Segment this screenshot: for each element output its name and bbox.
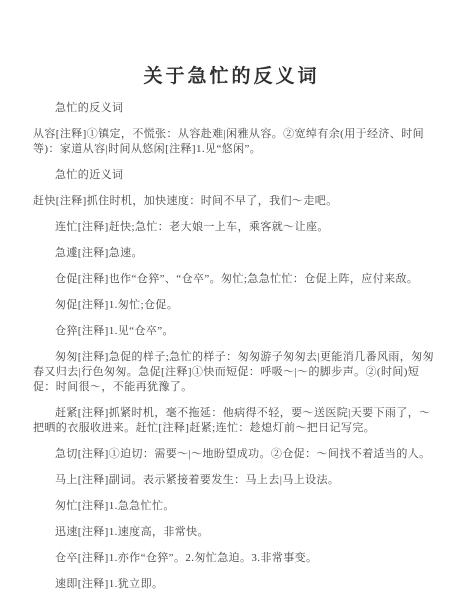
page-title: 关于急忙的反义词	[0, 0, 463, 88]
paragraph: 马上[注释]副词。表示紧接着要发生：马上去|马上设法。	[33, 473, 435, 488]
paragraph: 匆促[注释]1.匆忙;仓促。	[33, 298, 435, 313]
paragraph: 迅速[注释]1.速度高，非常快。	[33, 525, 435, 540]
paragraph: 赶紧[注释]抓紧时机，毫不拖延：他病得不轻，要～送医院|天要下雨了，～把晒的衣服…	[33, 406, 435, 436]
paragraph: 急切[注释]①迫切：需要～|～地盼望成功。②仓促：～间找不着适当的人。	[33, 447, 435, 462]
paragraph: 连忙[注释]赶快;急忙：老大娘一上车，乘客就～让座。	[33, 220, 435, 235]
paragraph: 急忙的反义词	[33, 101, 435, 116]
paragraph: 从容[注释]①镇定，不慌张：从容赴难|闲雅从容。②宽绰有余(用于经济、时间等)：…	[33, 127, 435, 157]
paragraph: 仓卒[注释]1.亦作“仓猝”。2.匆忙急迫。3.非常事变。	[33, 551, 435, 566]
paragraph: 急遽[注释]急速。	[33, 246, 435, 261]
paragraph: 急忙的近义词	[33, 168, 435, 183]
paragraph: 匆匆[注释]急促的样子;急忙的样子：匆匆游子匆匆去|更能消几番风雨，匆匆春又归去…	[33, 350, 435, 395]
paragraph: 匆忙[注释]1.急急忙忙。	[33, 499, 435, 514]
paragraph: 仓促[注释]也作“仓猝”、“仓卒”。匆忙;急急忙忙：仓促上阵，应付来敌。	[33, 272, 435, 287]
paragraph: 赶快[注释]抓住时机，加快速度：时间不早了，我们～走吧。	[33, 194, 435, 209]
document-body: 急忙的反义词从容[注释]①镇定，不慌张：从容赴难|闲雅从容。②宽绰有余(用于经济…	[33, 101, 435, 592]
paragraph: 仓猝[注释]1.见“仓卒”。	[33, 324, 435, 339]
paragraph: 速即[注释]1.犹立即。	[33, 577, 435, 592]
document-page: 关于急忙的反义词 急忙的反义词从容[注释]①镇定，不慌张：从容赴难|闲雅从容。②…	[0, 0, 463, 600]
